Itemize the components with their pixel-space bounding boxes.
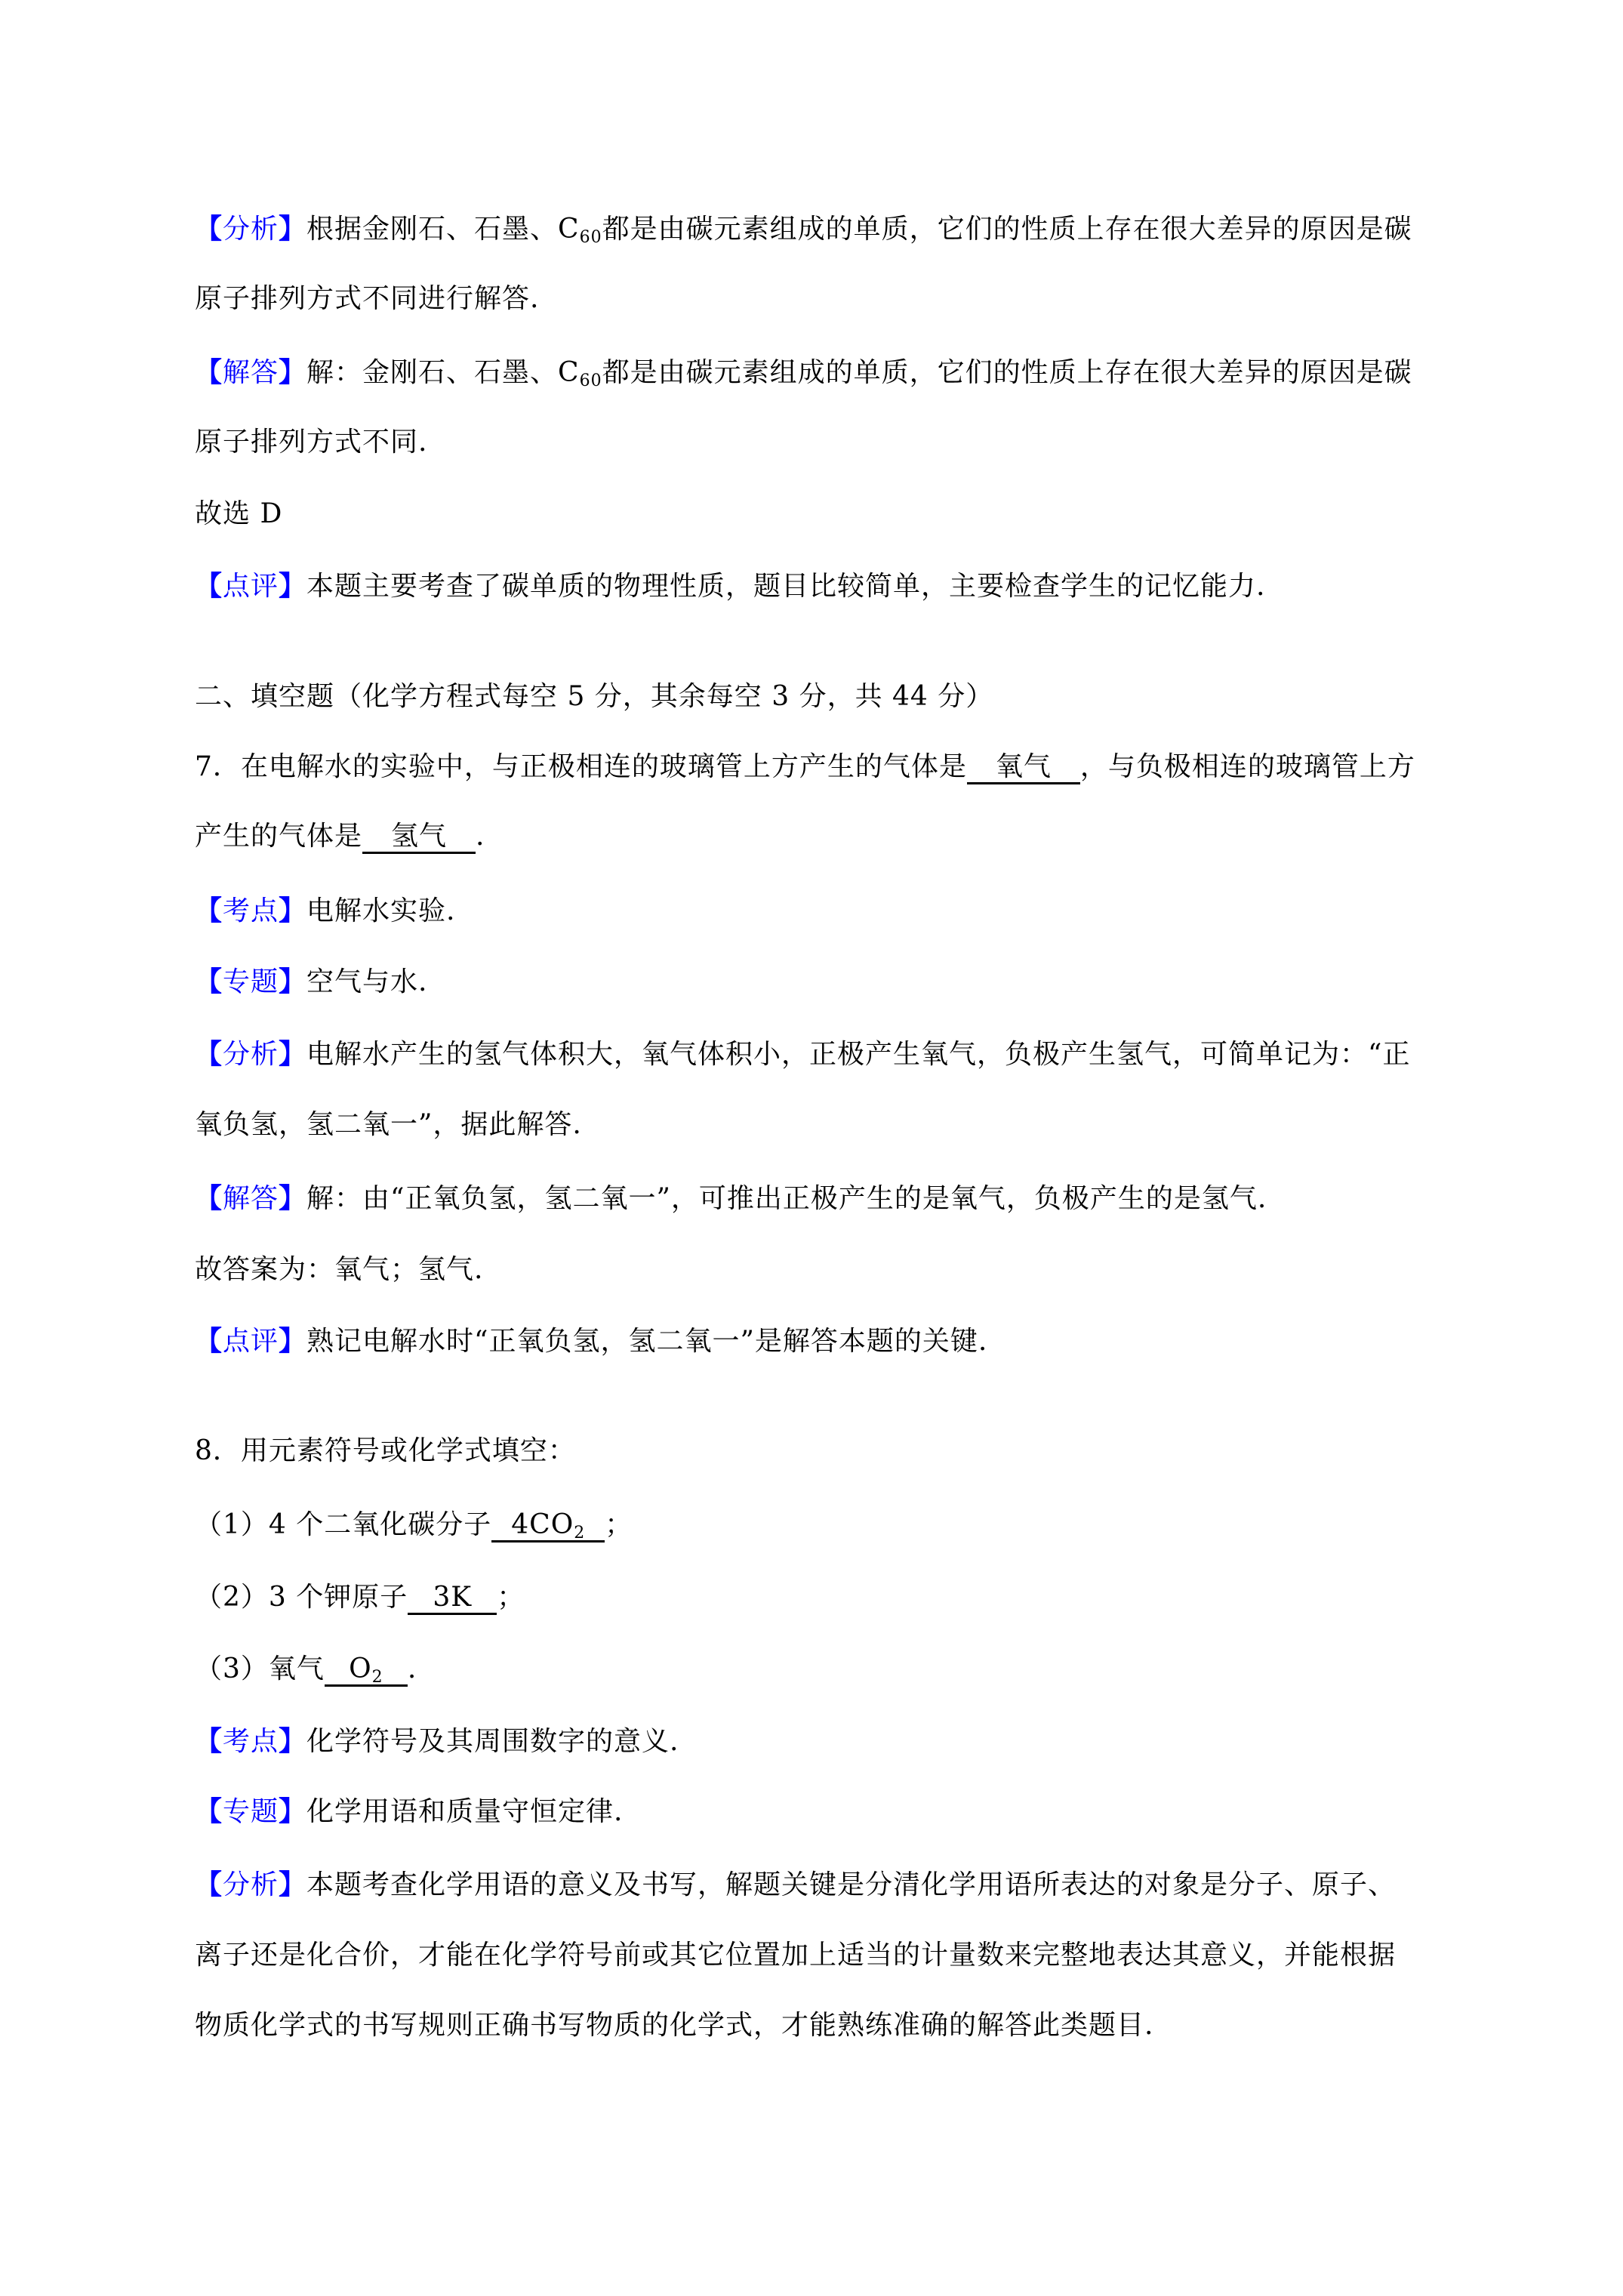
tag-analysis: 【分析】: [195, 214, 306, 245]
q8-topic: 【专题】化学用语和质量守恒定律.: [195, 1793, 624, 1830]
q8-blank-2: 3K: [408, 1583, 497, 1615]
tag-analysis: 【分析】: [195, 1039, 306, 1070]
q7-blank-2: 氢气: [362, 821, 476, 854]
tag-solution: 【解答】: [195, 1183, 306, 1214]
q7-answer: 故答案为：氧气；氢气.: [195, 1252, 483, 1288]
tag-comment: 【点评】: [195, 571, 306, 602]
q7-stem-line-2: 产生的气体是氢气.: [195, 818, 485, 855]
q6-analysis-line-2: 原子排列方式不同进行解答.: [195, 281, 539, 317]
q7-blank-1: 氧气: [967, 752, 1080, 784]
q7-analysis-line-2: 氧负氢，氢二氧一”，据此解答.: [195, 1107, 582, 1143]
q8-blank-1: 4CO2: [491, 1510, 605, 1542]
q7-solution: 【解答】解：由“正氧负氢，氢二氧一”，可推出正极产生的是氧气，负极产生的是氢气.: [195, 1180, 1267, 1217]
q8-blank-3: O2: [325, 1654, 408, 1687]
q7-test-point: 【考点】电解水实验.: [195, 892, 456, 929]
q8-item-3: （3）氧气O2.: [195, 1651, 417, 1687]
document-page: 【分析】根据金刚石、石墨、C60都是由碳元素组成的单质，它们的性质上存在很大差异…: [0, 0, 1623, 2296]
q8-analysis-line-2: 离子还是化合价，才能在化学符号前或其它位置加上适当的计量数来完整地表达其意义，并…: [195, 1937, 1396, 1974]
q8-test-point: 【考点】化学符号及其周围数字的意义.: [195, 1723, 679, 1760]
tag-analysis: 【分析】: [195, 1869, 306, 1900]
tag-topic: 【专题】: [195, 1796, 306, 1827]
q6-solution-line-2: 原子排列方式不同.: [195, 424, 427, 461]
q7-topic: 【专题】空气与水.: [195, 963, 428, 1000]
q6-answer: 故选 D: [195, 496, 282, 532]
q8-analysis-line-3: 物质化学式的书写规则正确书写物质的化学式，才能熟练准确的解答此类题目.: [195, 2008, 1153, 2044]
tag-test-point: 【考点】: [195, 1726, 306, 1757]
tag-comment: 【点评】: [195, 1326, 306, 1357]
q8-analysis-line-1: 【分析】本题考查化学用语的意义及书写，解题关键是分清化学用语所表达的对象是分子、…: [195, 1866, 1396, 1903]
q8-item-2: （2）3 个钾原子3K；: [195, 1579, 525, 1616]
q7-comment: 【点评】熟记电解水时“正氧负氢，氢二氧一”是解答本题的关键.: [195, 1323, 987, 1360]
q8-stem: 8．用元素符号或化学式填空：: [195, 1433, 576, 1469]
section-heading: 二、填空题（化学方程式每空 5 分，其余每空 3 分，共 44 分）: [195, 679, 993, 715]
q8-item-1: （1）4 个二氧化碳分子4CO2；: [195, 1507, 633, 1543]
q6-solution-line-1: 【解答】解：金刚石、石墨、C60都是由碳元素组成的单质，它们的性质上存在很大差异…: [195, 354, 1412, 391]
tag-solution: 【解答】: [195, 357, 306, 388]
tag-topic: 【专题】: [195, 966, 306, 997]
q7-stem-line-1: 7．在电解水的实验中，与正极相连的玻璃管上方产生的气体是氧气，与负极相连的玻璃管…: [195, 749, 1415, 785]
tag-test-point: 【考点】: [195, 895, 306, 926]
q6-comment: 【点评】本题主要考查了碳单质的物理性质，题目比较简单，主要检查学生的记忆能力.: [195, 568, 1266, 605]
q7-analysis-line-1: 【分析】电解水产生的氢气体积大，氧气体积小，正极产生氧气，负极产生氢气，可简单记…: [195, 1036, 1410, 1073]
q6-analysis-line-1: 【分析】根据金刚石、石墨、C60都是由碳元素组成的单质，它们的性质上存在很大差异…: [195, 211, 1412, 248]
